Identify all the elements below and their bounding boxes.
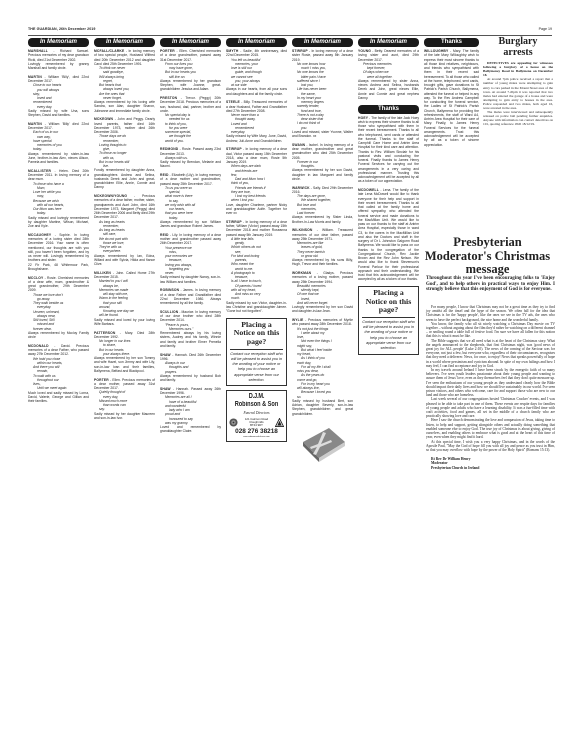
- article-paragraph: For many people, I know that Christmas m…: [426, 305, 555, 322]
- notice-signoff: Much loved and sadly missed by Lorna, Da…: [28, 391, 89, 404]
- notice-text: - Mary. The family of the late Mary Will…: [424, 49, 479, 147]
- notice-signoff: Always remembered by her son David, daug…: [292, 168, 353, 181]
- notice-verse: Each of us in ourown way,have specialmem…: [28, 130, 89, 151]
- notice-entry: SHAW - Hannah. Passed away 26th December…: [160, 387, 221, 434]
- notices-list: MCFALL/CLARKE - In loving memory of two …: [94, 49, 155, 420]
- notice-verse: Those days we doremember,Loving thoughts…: [94, 134, 155, 168]
- burglary-headline: Burglary arrests: [483, 36, 553, 58]
- section-header-memoriam: In Memoriam: [292, 38, 353, 47]
- notices-list: MARSHALL - Richard Samuel. Precious memo…: [28, 49, 89, 403]
- notice-text: - Precious memories of a dear father, mo…: [94, 194, 155, 219]
- advert-website: www.robinsonsofcalcrum.com: [229, 435, 284, 439]
- notices-list: STIRRUP - In loving memory of a dear sis…: [292, 49, 353, 416]
- section-header-memoriam: In Memoriam: [94, 38, 155, 47]
- notice-signoff: Always remembered by Mccloy Family circl…: [28, 331, 89, 340]
- advert-address: 121 Calcrum Road Cloughmills BT44 9DT: [245, 418, 268, 428]
- notice-text: - Lily. In loving memory of a dear mothe…: [160, 233, 221, 246]
- notice-signoff: Always in our hearts, from all your sons…: [226, 87, 287, 96]
- notice-entry: STIRRUP - In loving memory of a dear fat…: [226, 220, 287, 314]
- column-6: In Memoriam YOUNG - Betty. Dearest memor…: [358, 38, 419, 355]
- column-3: In Memoriam PORTER - Ellen. Cherished me…: [160, 38, 221, 438]
- notice-entry: MCFALL/CLARKE - In loving memory of two …: [94, 49, 155, 113]
- column-7: Thanks WILLOUGHBY - Mary. The family of …: [424, 38, 479, 151]
- notice-signoff: Love, daughter Charlene, partner Nicky a…: [226, 203, 287, 216]
- notice-verse: Close to our heartsyou will alwaysstay,l…: [28, 83, 89, 109]
- notice-signoff: Always remembered by Ian, Edna, Willard …: [94, 254, 155, 267]
- notice-entry: STIRRUP - In loving memory of a dear sis…: [292, 49, 353, 138]
- notice-entry: MCALLISTER - Helen. Died 20th December 2…: [28, 169, 89, 229]
- notice-entry: SCULLION - Maurice. In loving memory of …: [160, 310, 221, 348]
- notice-entry: MCDONALD - David. Precious memories of a…: [28, 344, 89, 404]
- notice-signoff: Sadly missed by daughter Nancy, son-in-l…: [160, 275, 221, 284]
- notice-signoff: Sadly missed and loved by your loving Wi…: [94, 318, 155, 327]
- notice-entry: MARSHALL - Richard Samuel. Precious memo…: [28, 49, 89, 70]
- notice-signoff: Sadly missed by husband Bert, son Adrian…: [292, 399, 353, 416]
- placing-notice-body: Contact our reception staff who will be …: [362, 320, 415, 352]
- notice-text: - Sophie. In loving memories of a loving…: [28, 233, 89, 263]
- section-header-memoriam: In Memoriam: [160, 38, 221, 47]
- masthead: THE GUARDIAN, 26th December 2019 Page 19: [28, 28, 552, 36]
- section-header-thanks: Thanks: [424, 38, 479, 47]
- notice-entry: SHAW - Hannah. Died 26th December 1996.A…: [160, 353, 221, 383]
- notice-signoff: Sadly missed by Brendan, Melanie and Nao…: [160, 160, 221, 169]
- publication-date: THE GUARDIAN, 26th December 2019: [28, 27, 96, 31]
- notice-verse: Memories are likeleaves of gold,They nev…: [292, 241, 353, 258]
- notice-verse: It's not just the thingsI write about my…: [292, 327, 353, 399]
- notices-list: SMYTH - Sadie, 4th anniversary, died 22n…: [226, 49, 287, 313]
- notice-entry: SWANN - Isobel. In loving memory of a de…: [292, 143, 353, 181]
- notice-verse: Memories are all Ihave of a beautifuland…: [160, 395, 221, 425]
- notice-entry: WILLOUGHBY - Mary. The family of the lat…: [424, 49, 479, 147]
- notice-signoff: Sadly missed by her daughter Maureen and…: [94, 412, 155, 421]
- notice-entry: MARTIN - William 'Billy' died 22nd Decem…: [28, 122, 89, 165]
- article-signature: Rt Rev Dr William Henry Moderator Presby…: [426, 457, 555, 470]
- article-paragraph: At this special time, I wish you a very …: [426, 440, 555, 453]
- notice-entry: REID - Elizabeth (Lily). In loving memor…: [160, 173, 221, 228]
- funeral-director-advert: D.J.M. Robinson & Son Funeral Directors …: [226, 390, 287, 442]
- notice-signoff: Fondly remembered by daughter Anna, gran…: [94, 168, 155, 189]
- notice-verse: Never more than athought away,Loved andr…: [226, 113, 287, 134]
- placing-notice-title: Placing a Notice on this page?: [230, 321, 283, 350]
- notice-signoff: Always remembered by his loving wife San…: [94, 100, 155, 113]
- notice-entry: MCCLOY - Rosie. Cherished memories of a …: [28, 276, 89, 340]
- presbyterian-article: For many people, I know that Christmas m…: [426, 305, 555, 470]
- notice-signoff: Sadly missed by wife Una, sons Stephen, …: [28, 109, 89, 118]
- thanks-list: WILLOUGHBY - Mary. The family of the lat…: [424, 49, 479, 147]
- notice-entry: PORTER - Ellen. Cherished memories of a …: [160, 49, 221, 92]
- notice-entry: MCDOWELL - Lena. The family of the late …: [358, 188, 419, 282]
- burglary-article: DETECTIVES are appealing for witnesses f…: [483, 61, 553, 127]
- notice-signoff: Sadly missed and lovingly remembered by …: [28, 216, 89, 229]
- notice-entry: SMYTH - Sadie, 4th anniversary, died 22n…: [226, 49, 287, 96]
- placing-notice-box: Placing a Notice on this page? Contact o…: [226, 318, 287, 387]
- column-1: In Memoriam MARSHALL - Richard Samuel. P…: [28, 38, 89, 408]
- notice-verse: Your presence wemiss,your memories wetre…: [160, 246, 221, 276]
- section-header-memoriam: In Memoriam: [358, 38, 419, 47]
- notice-verse: We hold you closewithin our hearts,And t…: [28, 357, 89, 391]
- advert-subtitle: Funeral Directors: [229, 411, 284, 415]
- notice-signoff: 22 Fir Park, 48 Whitemoor Park, Broughsh…: [28, 263, 89, 272]
- notice-verse: To those who have aMum,Love her while yo…: [28, 182, 89, 216]
- placing-notice-body: Contact our reception staff who will be …: [230, 352, 283, 384]
- notice-entry: YOUNG - Betty. Dearest memories of a lov…: [358, 49, 419, 100]
- section-header-memoriam: In Memoriam: [28, 38, 89, 47]
- notice-signoff: Loved and missed, sister Yvonne, Walter …: [292, 130, 353, 139]
- notice-entry: PORTER - Ellen. Precious memories of a d…: [94, 378, 155, 421]
- notice-signoff: Lovingly remembered by her son David and…: [292, 305, 353, 314]
- notice-entry: PATTERSON - Mary. Died 28th December 199…: [94, 331, 155, 374]
- article-paragraph: In my travels around Ireland I have been…: [426, 368, 555, 397]
- notice-entry: MARTIN - William 'Billy', died 22nd Dece…: [28, 75, 89, 118]
- notice-signoff: Lovingly remembered by granny Marshall a…: [28, 62, 89, 71]
- notice-verse: Precious memorieskept forever,Of days wh…: [358, 62, 419, 79]
- notice-verse: Quietly thought ofevery day,Missed much …: [94, 390, 155, 411]
- notice-verse: "Peace is yours,Memories ours.": [160, 323, 221, 332]
- notice-verse: To think we neversaid goodbye,Will alway…: [94, 66, 155, 100]
- article-paragraph: You know, the family who all sit nicely …: [426, 322, 555, 339]
- advert-company: Robinson & Son: [235, 401, 279, 409]
- presbyterian-lead: Throughout this year I've been encouragi…: [426, 276, 555, 293]
- notice-verse: The days are gone,We shared together,But…: [292, 194, 353, 215]
- notice-entry: ROBINSON - James. In loving memory of a …: [160, 288, 221, 305]
- notice-verse: You left us beautifulmemories, yourlove …: [226, 58, 287, 88]
- notice-verse: From our lives youmay have gone,But in o…: [160, 62, 221, 79]
- notice-entry: PRESTON - Trevor. (Peggy) 20th December …: [160, 96, 221, 143]
- advert-phone: 028 276 38218: [229, 428, 284, 435]
- rose-emblem-icon: [229, 418, 238, 428]
- notice-entry: STEELE - Billy. Treasured memories of a …: [226, 100, 287, 143]
- article-paragraph: Here I saw the church demonstrating the …: [426, 418, 555, 439]
- column-4: In Memoriam SMYTH - Sadie, 4th anniversa…: [226, 38, 287, 442]
- section-header-thanks: Thanks: [358, 105, 419, 114]
- burglary-paragraph: At around 7pm police received a report t…: [483, 77, 553, 110]
- notice-signoff: Sadly missed by Wife Mary, June, David, …: [226, 134, 287, 143]
- column-2: In Memoriam MCFALL/CLARKE - In loving me…: [94, 38, 155, 425]
- burglary-lead: DETECTIVES are appealing for witnesses f…: [483, 61, 553, 77]
- notice-entry: STIRRUP - In loving memory of a dear dad…: [226, 147, 287, 215]
- placing-notice-title: Placing a Notice on this page?: [362, 289, 415, 318]
- notice-entry: HOEY - The family of the late Jack Hoey …: [358, 116, 419, 184]
- notice-entry: MILLIKEN - John. Called Home 27th Decemb…: [94, 271, 155, 326]
- notice-entry: WARWICK - Sally. Died 29th December 2016…: [292, 186, 353, 224]
- notice-signoff: Always remembered by sister-in-law June,…: [28, 152, 89, 165]
- notice-verse: Beautiful memoriessilently kept,Of one t…: [292, 284, 353, 305]
- notice-signoff: Always remembered by husband Bob and fam…: [160, 374, 221, 383]
- thanks-list: HOEY - The family of the late Jack Hoey …: [358, 116, 419, 282]
- notice-entry: WILKINSON - William. Treasured memories …: [292, 228, 353, 266]
- notice-signoff: Always remembered by Sister Linda, Broth…: [292, 215, 353, 224]
- notice-signoff: Loved and remembered by granddaughter Cl…: [160, 425, 221, 434]
- bible-icon: [299, 424, 347, 464]
- notice-verse: To us you were sospecial,what more is th…: [160, 186, 221, 220]
- notice-verse: Married to you I willalways be,Memories …: [94, 279, 155, 317]
- advert-initials: D.J.M.: [235, 393, 279, 401]
- notice-verse: As long as heartsremember,As long as hea…: [94, 220, 155, 254]
- notice-verse: Those we love don'tgo away.They walk bes…: [28, 293, 89, 331]
- notice-verse: A little tear fallsgently,Which others d…: [226, 237, 287, 301]
- notice-entry: MCCAUGHEY - Sophie. In loving memories o…: [28, 233, 89, 271]
- association-logo-icon: [275, 418, 284, 428]
- notice-signoff: Always remembered by sister Anna, nieces…: [358, 79, 419, 100]
- notice-signoff: Always remembered by his sons Billy, Hug…: [292, 258, 353, 267]
- page-number: Page 19: [539, 27, 552, 31]
- notice-entry: MCKEOWN - John and Peggy. Dearly loved p…: [94, 117, 155, 189]
- section-header-memoriam: In Memoriam: [226, 38, 287, 47]
- notice-signoff: Remembered always by his loving sisters,…: [160, 331, 221, 348]
- placing-notice-box: Placing a Notice on this page? Contact o…: [358, 286, 419, 355]
- notice-entry: WORKMAN - Gladys. Precious memories of a…: [292, 271, 353, 314]
- notice-verse: No longer in our livesto share,But in ou…: [94, 339, 155, 356]
- advert-address-row: 121 Calcrum Road Cloughmills BT44 9DT: [229, 418, 284, 428]
- column-5: In Memoriam STIRRUP - In loving memory o…: [292, 38, 353, 464]
- article-paragraphs: For many people, I know that Christmas m…: [426, 305, 555, 452]
- notice-verse: When days are darkand friends arefew,Dad…: [226, 164, 287, 202]
- notice-entry: REDMOND - Rosie. Passed away 23rd Decemb…: [160, 147, 221, 168]
- notice-text: - The family of the late Jack Hoey wish …: [358, 116, 419, 184]
- notice-signoff: Sadly missed by son Victor, daughter-in-…: [226, 301, 287, 314]
- notice-signoff: Always remembered by son William James a…: [160, 220, 221, 229]
- notice-text: - Elizabeth (Lily). In loving memory of …: [160, 173, 221, 186]
- notices-list: PORTER - Ellen. Cherished memories of a …: [160, 49, 221, 434]
- article-paragraph: Last week several of our congregations h…: [426, 397, 555, 418]
- notice-entry: MCKEOWN/YOUNG - Precious memories of a d…: [94, 194, 155, 266]
- notice-signoff: Always remembered by her son Tommy and w…: [94, 356, 155, 373]
- burglary-paragraph: The males were interviewed and subsequen…: [483, 110, 553, 126]
- notice-text: - Lena. The family of the late Lena McDo…: [358, 188, 419, 281]
- notice-verse: No special day isneeded for usto think o…: [160, 113, 221, 143]
- notice-signoff: Always remembered by her grandson Stephe…: [160, 79, 221, 92]
- notice-verse: No one knows howmuch I miss you,No one k…: [292, 62, 353, 130]
- notice-entry: WYLIE - Precious memories of Myrtle who …: [292, 318, 353, 416]
- notice-verse: Forever in ourthoughts.: [292, 160, 353, 169]
- notice-verse: Always in ourthoughts andprayers.: [160, 361, 221, 374]
- notice-entry: REID - Lily. In loving memory of a dear …: [160, 233, 221, 284]
- notices-list: YOUNG - Betty. Dearest memories of a lov…: [358, 49, 419, 100]
- presbyterian-headline: Presbyterian Moderator's Christmas messa…: [420, 236, 555, 277]
- article-paragraph: The Bible suggests that we all need what…: [426, 339, 555, 368]
